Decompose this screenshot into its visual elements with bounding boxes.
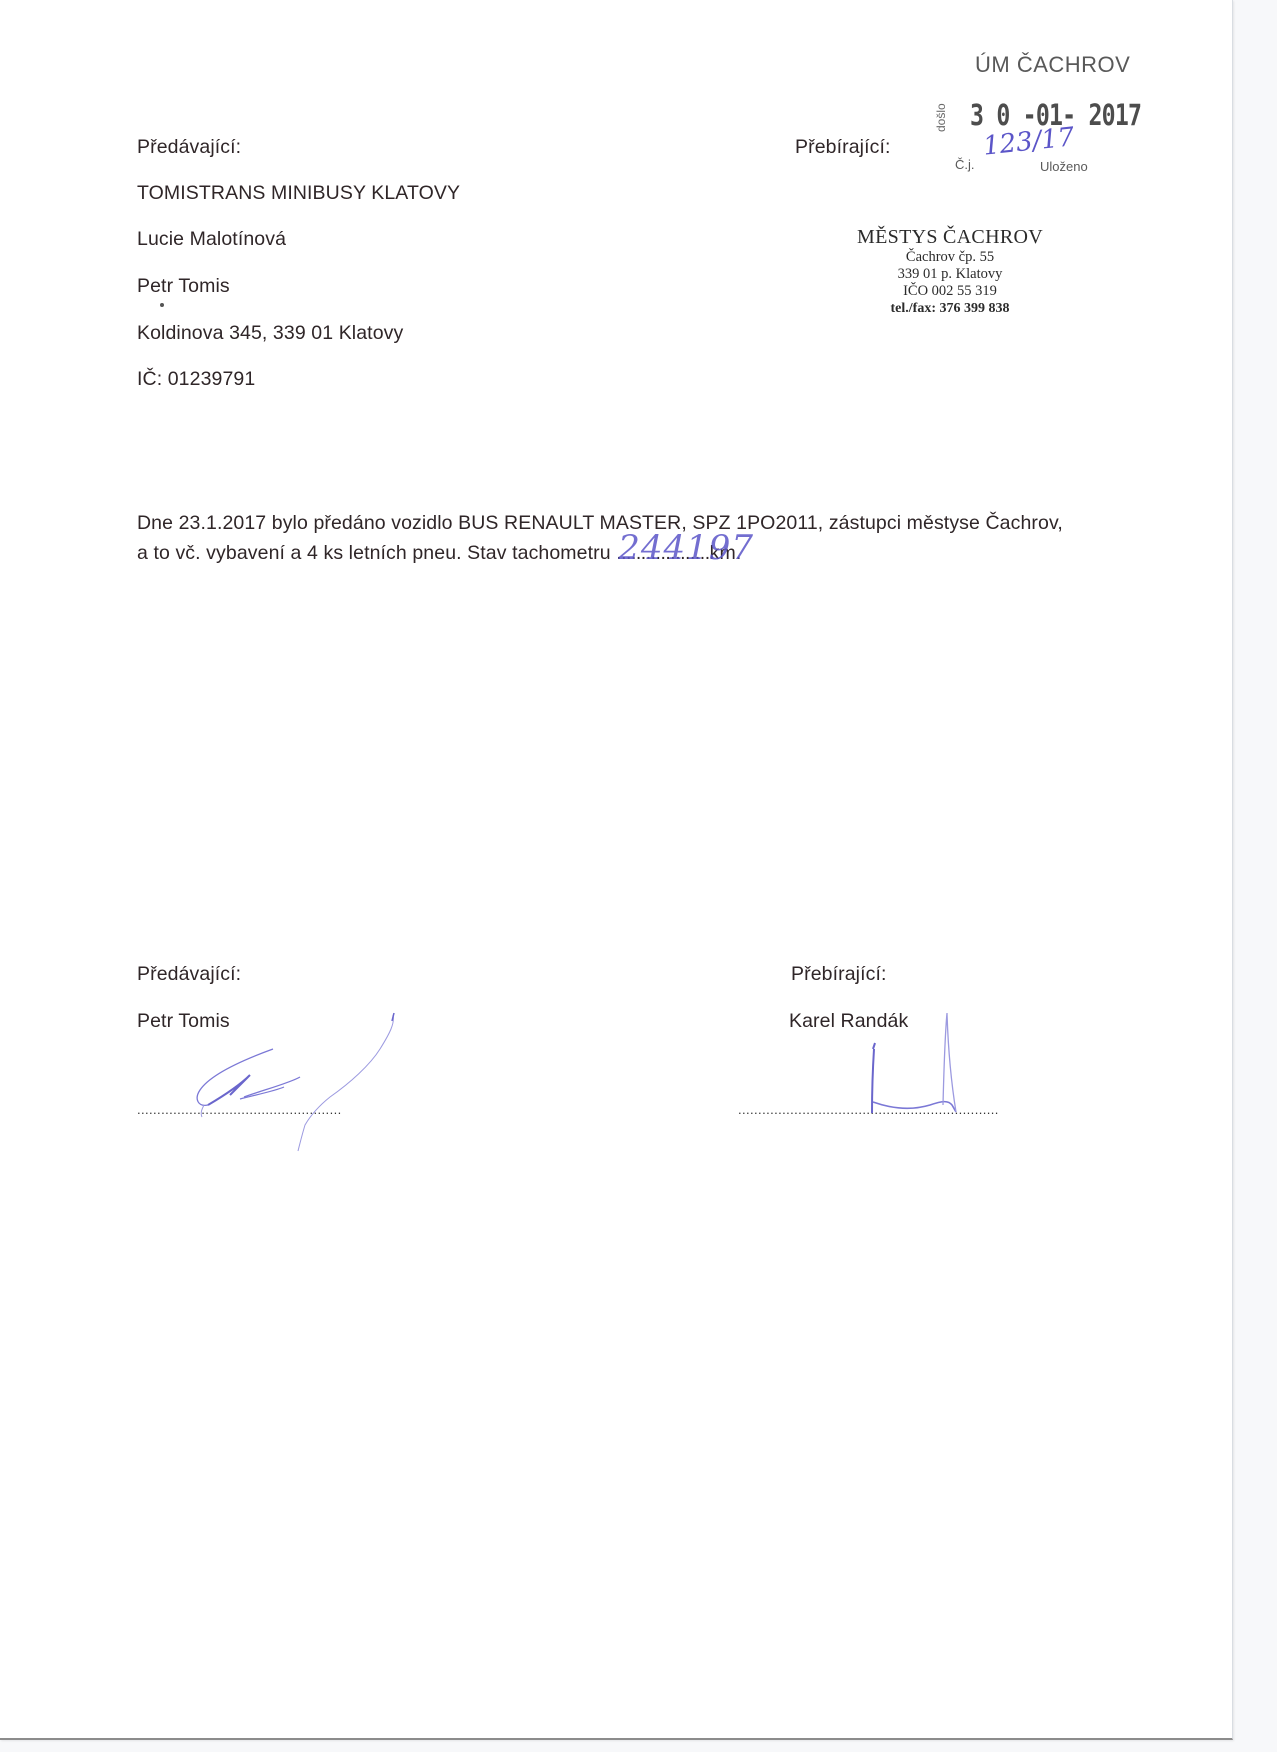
body-line-2-prefix: a to vč. vybavení a 4 ks letních pneu. S… <box>137 542 616 564</box>
handover-address: Koldinova 345, 339 01 Klatovy <box>137 322 403 345</box>
handover-party-label: Předávající: <box>137 136 241 159</box>
handover-person-2: Petr Tomis <box>137 275 230 298</box>
municipality-stamp-title: MĚSTYS ČACHROV <box>845 226 1055 249</box>
signature-left-handwritten <box>180 1005 410 1155</box>
odometer-field: ...................244197 <box>616 542 709 565</box>
receiving-party-label: Přebírající: <box>795 136 890 159</box>
odometer-handwritten: 244197 <box>618 528 754 568</box>
registry-stamp-received-label: došlo <box>934 103 948 132</box>
municipality-stamp-line: IČO 002 55 319 <box>845 283 1055 300</box>
signature-left-label: Předávající: <box>137 963 241 986</box>
scan-speck <box>160 303 164 307</box>
signature-right-handwritten <box>860 1005 980 1120</box>
handover-company: TOMISTRANS MINIBUSY KLATOVY <box>137 182 460 205</box>
municipality-stamp-line: tel./fax: 376 399 838 <box>845 300 1055 317</box>
document-page: ÚM ČACHROV došlo 3 0 -01- 2017 123/17 Č.… <box>0 0 1233 1740</box>
municipality-stamp-line: 339 01 p. Klatovy <box>845 266 1055 283</box>
handover-ic: IČ: 01239791 <box>137 368 255 391</box>
handover-person-1: Lucie Malotínová <box>137 228 286 251</box>
body-line-2: a to vč. vybavení a 4 ks letních pneu. S… <box>137 542 741 565</box>
registry-stamp-filed-label: Uloženo <box>1040 159 1088 174</box>
registry-stamp-reference-label: Č.j. <box>955 157 975 172</box>
signature-right-label: Přebírající: <box>791 963 886 986</box>
body-line-1: Dne 23.1.2017 bylo předáno vozidlo BUS R… <box>137 512 1063 535</box>
registry-stamp-office: ÚM ČACHROV <box>975 52 1130 78</box>
municipality-stamp-line: Čachrov čp. 55 <box>845 249 1055 266</box>
municipality-stamp: MĚSTYS ČACHROV Čachrov čp. 55 339 01 p. … <box>845 226 1055 317</box>
